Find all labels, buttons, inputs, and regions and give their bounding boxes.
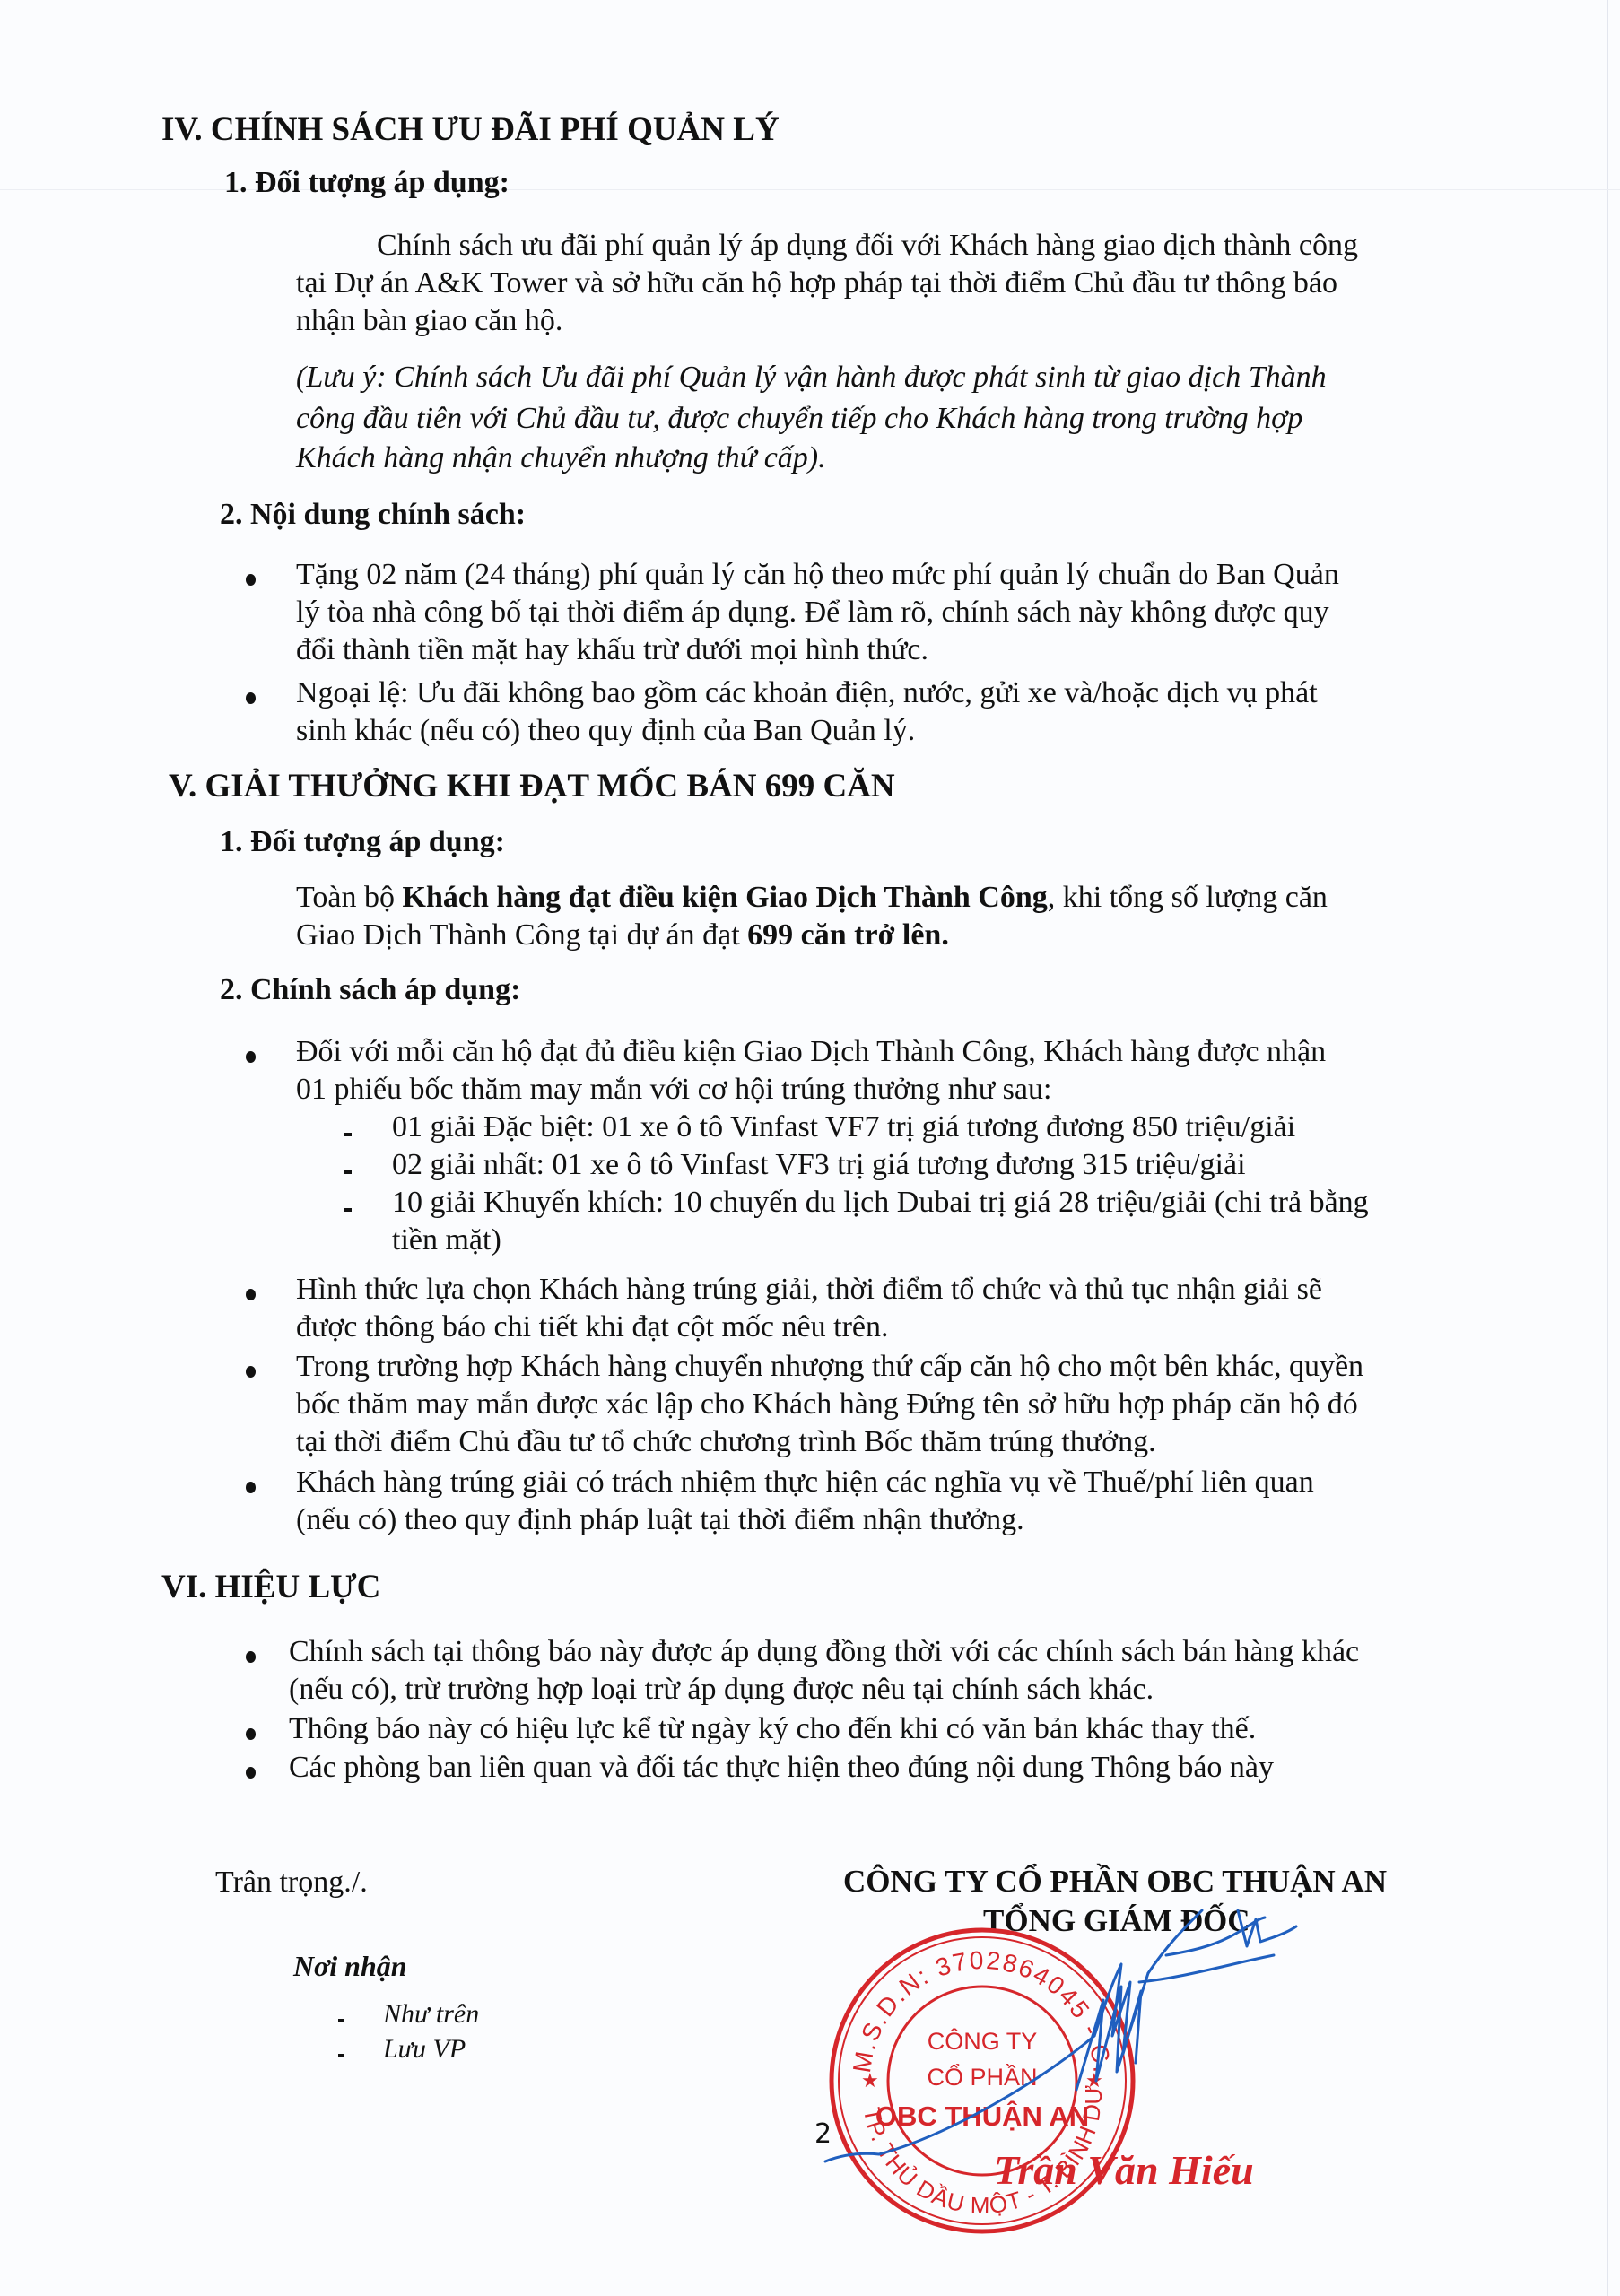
prize-line: 02 giải nhất: 01 xe ô tô Vinfast VF3 trị… — [392, 1146, 1246, 1183]
text: Giao Dịch Thành Công tại dự án đạt — [296, 918, 747, 952]
section-iv-sub1: 1. Đối tượng áp dụng: — [224, 166, 510, 200]
recipients-title: Nơi nhận — [293, 1948, 407, 1985]
bullet-icon — [246, 1651, 256, 1663]
dash-icon — [344, 1170, 352, 1174]
prize-line: tiền mặt) — [392, 1222, 501, 1258]
page-number: 2 — [814, 2118, 832, 2150]
section-iv-para-line: Chính sách ưu đãi phí quản lý áp dụng đố… — [377, 227, 1358, 264]
section-iv-bullet-line: Tặng 02 năm (24 tháng) phí quản lý căn h… — [296, 556, 1339, 593]
section-iv-sub2: 2. Nội dung chính sách: — [220, 498, 526, 532]
section-v-bullet-line: 01 phiếu bốc thăm may mắn với cơ hội trú… — [296, 1071, 1051, 1108]
emphasis: Khách hàng đạt điều kiện Giao Dịch Thành… — [403, 881, 1048, 914]
dash-icon — [344, 1133, 352, 1136]
handwritten-signature-icon — [807, 1901, 1310, 2188]
section-iv-bullet-line: đổi thành tiền mặt hay khấu trừ dưới mọi… — [296, 631, 928, 668]
section-v-para-line: Toàn bộ Khách hàng đạt điều kiện Giao Dị… — [296, 879, 1328, 916]
dash-icon — [338, 2054, 344, 2057]
closing-regards: Trân trọng./. — [215, 1864, 368, 1900]
section-iv-para-line: tại Dự án A&K Tower và sở hữu căn hộ hợp… — [296, 265, 1337, 301]
bullet-icon — [246, 1728, 256, 1740]
section-v-heading: V. GIẢI THƯỞNG KHI ĐẠT MỐC BÁN 699 CĂN — [169, 767, 895, 805]
bullet-icon — [246, 1482, 256, 1493]
recipient-item: Lưu VP — [383, 2031, 466, 2067]
section-v-bullet-line: Khách hàng trúng giải có trách nhiệm thự… — [296, 1464, 1314, 1500]
section-v-bullet-line: (nếu có) theo quy định pháp luật tại thờ… — [296, 1501, 1024, 1538]
page-edge — [1607, 0, 1608, 2296]
section-v-bullet-line: được thông báo chi tiết khi đạt cột mốc … — [296, 1309, 889, 1345]
bullet-icon — [246, 574, 256, 586]
dash-icon — [338, 2019, 344, 2022]
prize-line: 10 giải Khuyến khích: 10 chuyến du lịch … — [392, 1184, 1369, 1221]
section-v-sub1: 1. Đối tượng áp dụng: — [220, 825, 505, 859]
dash-icon — [344, 1208, 352, 1212]
section-v-sub2: 2. Chính sách áp dụng: — [220, 973, 520, 1007]
section-v-bullet-line: Trong trường hợp Khách hàng chuyển nhượn… — [296, 1348, 1363, 1385]
signature-company: CÔNG TY CỔ PHẦN OBC THUẬN AN — [843, 1864, 1387, 1900]
bullet-icon — [246, 692, 256, 704]
section-vi-bullet-line: Chính sách tại thông báo này được áp dụn… — [289, 1633, 1359, 1670]
section-iv-para-line: nhận bàn giao căn hộ. — [296, 302, 562, 339]
section-v-bullet-line: Đối với mỗi căn hộ đạt đủ điều kiện Giao… — [296, 1033, 1326, 1070]
bullet-icon — [246, 1366, 256, 1378]
section-v-bullet-line: tại thời điểm Chủ đầu tư tổ chức chương … — [296, 1423, 1156, 1460]
section-vi-heading: VI. HIỆU LỰC — [161, 1568, 380, 1606]
text: Toàn bộ — [296, 881, 403, 914]
emphasis: 699 căn trở lên. — [747, 918, 949, 952]
bullet-icon — [246, 1051, 256, 1063]
section-iv-note-line: Khách hàng nhận chuyển nhượng thứ cấp). — [296, 439, 826, 476]
section-iv-bullet-line: Ngoại lệ: Ưu đãi không bao gồm các khoản… — [296, 674, 1318, 711]
bullet-icon — [246, 1289, 256, 1300]
section-iv-note-line: (Lưu ý: Chính sách Ưu đãi phí Quản lý vậ… — [296, 359, 1327, 396]
section-v-para-line: Giao Dịch Thành Công tại dự án đạt 699 c… — [296, 917, 949, 953]
section-v-bullet-line: Hình thức lựa chọn Khách hàng trúng giải… — [296, 1271, 1322, 1308]
section-vi-bullet-line: Thông báo này có hiệu lực kể từ ngày ký … — [289, 1710, 1256, 1747]
section-iv-heading: IV. CHÍNH SÁCH ƯU ĐÃI PHÍ QUẢN LÝ — [161, 110, 780, 149]
section-vi-bullet-line: (nếu có), trừ trường hợp loại trừ áp dụn… — [289, 1671, 1154, 1708]
section-iv-bullet-line: lý tòa nhà công bố tại thời điểm áp dụng… — [296, 594, 1329, 631]
section-iv-bullet-line: sinh khác (nếu có) theo quy định của Ban… — [296, 712, 915, 749]
recipient-item: Như trên — [383, 1996, 479, 2032]
signer-name: Trần Văn Hiếu — [994, 2146, 1254, 2194]
text: , khi tổng số lượng căn — [1048, 881, 1328, 914]
section-v-bullet-line: bốc thăm may mắn được xác lập cho Khách … — [296, 1386, 1358, 1422]
document-page: IV. CHÍNH SÁCH ƯU ĐÃI PHÍ QUẢN LÝ 1. Đối… — [0, 0, 1620, 2296]
bullet-icon — [246, 1767, 256, 1779]
section-iv-note-line: công đầu tiên với Chủ đầu tư, được chuyể… — [296, 400, 1302, 437]
section-vi-bullet-line: Các phòng ban liên quan và đối tác thực … — [289, 1749, 1274, 1786]
prize-line: 01 giải Đặc biệt: 01 xe ô tô Vinfast VF7… — [392, 1109, 1295, 1145]
